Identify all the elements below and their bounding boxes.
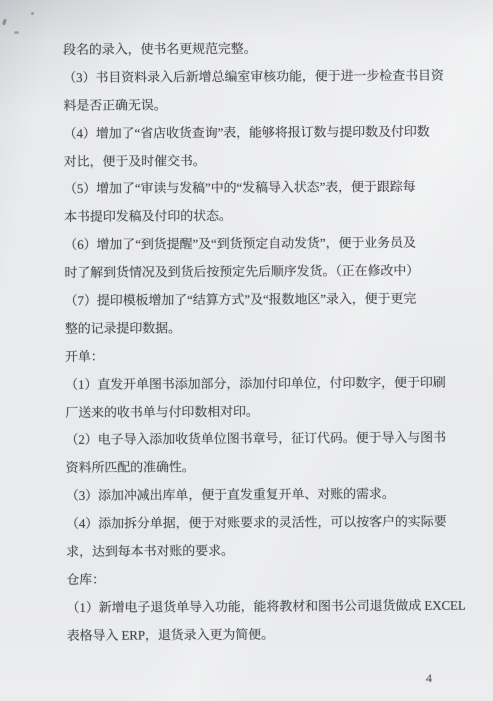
paragraph-kaidan-item-3: （3）添加冲减出库单，便于直发重复开单、对账的需求。: [66, 480, 471, 510]
text-line: （2）电子导入添加收货单位图书章号，征订代码。便于导入与图书: [65, 424, 470, 454]
section-heading-kaidan: 开单：: [65, 340, 470, 370]
paragraph-cangku-item-1: （1）新增电子退货单导入功能，能将教材和图书公司退货做成 EXCEL 表格导入 …: [66, 591, 471, 649]
text-line: （1）直发开单图书添加部分，添加付印单位，付印数字，便于印刷: [65, 368, 470, 398]
text-line: （3）书目资料录入后新增总编室审核功能，便于进一步检查书目资: [63, 61, 468, 91]
text-line: （5）增加了“审读与发稿”中的“发稿导入状态”表，便于跟踪每: [64, 173, 469, 203]
scanned-document-page: 段名的录入，使书名更规范完整。 （3）书目资料录入后新增总编室审核功能，便于进一…: [0, 0, 493, 701]
text-line: 本书提印发稿及付印的状态。: [64, 201, 469, 231]
section-heading: 仓库：: [66, 563, 471, 593]
scan-speck-icon: [31, 12, 34, 15]
paragraph-item-5: （5）增加了“审读与发稿”中的“发稿导入状态”表，便于跟踪每 本书提印发稿及付印…: [64, 173, 469, 231]
text-line: 料是否正确无误。: [63, 89, 468, 119]
paragraph-kaidan-item-2: （2）电子导入添加收货单位图书章号，征订代码。便于导入与图书 资料所匹配的准确性…: [65, 424, 470, 482]
document-text-block: 段名的录入，使书名更规范完整。 （3）书目资料录入后新增总编室审核功能，便于进一…: [63, 34, 472, 650]
paragraph-item-3: （3）书目资料录入后新增总编室审核功能，便于进一步检查书目资 料是否正确无误。: [63, 61, 468, 119]
text-line: 对比，便于及时催交书。: [64, 145, 469, 175]
text-line: 时了解到货情况及到货后按预定先后顺序发货。（正在修改中）: [64, 257, 469, 287]
page-number: 4: [422, 671, 436, 685]
text-line: （4）增加了“省店收货查询”表，能够将报订数与提印数及付印数: [64, 117, 469, 147]
text-line: 资料所匹配的准确性。: [66, 452, 471, 482]
paragraph-kaidan-item-1: （1）直发开单图书添加部分，添加付印单位，付印数字，便于印刷 厂送来的收书单与付…: [65, 368, 470, 426]
text-line: 整的记录提印数据。: [65, 312, 470, 342]
section-heading-cangku: 仓库：: [66, 563, 471, 593]
text-line: 段名的录入，使书名更规范完整。: [63, 34, 468, 64]
text-line: 表格导入 ERP，退货录入更为简便。: [67, 619, 472, 649]
section-heading: 开单：: [65, 340, 470, 370]
text-line: （3）添加冲减出库单，便于直发重复开单、对账的需求。: [66, 480, 471, 510]
text-line: （6）增加了“到货提醒”及“到货预定自动发货”，便于业务员及: [64, 229, 469, 259]
text-line: （7）提印模板增加了“结算方式”及“报数地区”录入，便于更完: [65, 285, 470, 315]
scan-speck-icon: [14, 31, 19, 34]
text-line: 厂送来的收书单与付印数相对印。: [65, 396, 470, 426]
text-line: （1）新增电子退货单导入功能，能将教材和图书公司退货做成 EXCEL: [66, 591, 471, 621]
text-line: 求，达到每本书对账的要求。: [66, 536, 471, 566]
paragraph-kaidan-item-4: （4）添加拆分单据，便于对账要求的灵活性，可以按客户的实际要 求，达到每本书对账…: [66, 508, 471, 566]
paragraph-item-4: （4）增加了“省店收货查询”表，能够将报订数与提印数及付印数 对比，便于及时催交…: [64, 117, 469, 175]
text-line: （4）添加拆分单据，便于对账要求的灵活性，可以按客户的实际要: [66, 508, 471, 538]
paragraph-catalog-continued: 段名的录入，使书名更规范完整。: [63, 34, 468, 64]
paragraph-item-7: （7）提印模板增加了“结算方式”及“报数地区”录入，便于更完 整的记录提印数据。: [65, 285, 470, 343]
scan-speck-icon: [2, 19, 7, 26]
paragraph-item-6: （6）增加了“到货提醒”及“到货预定自动发货”，便于业务员及 时了解到货情况及到…: [64, 229, 469, 287]
